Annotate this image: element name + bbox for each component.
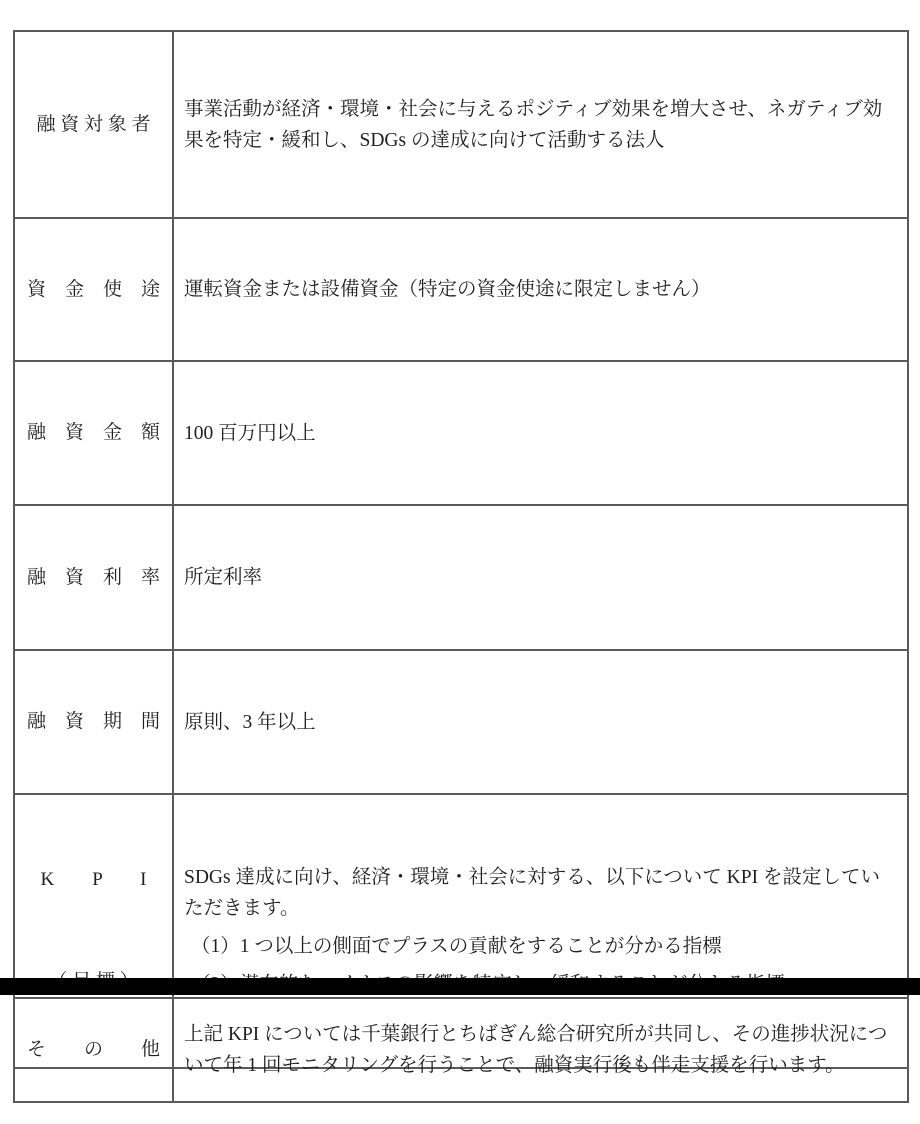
row-value-other: 上記 KPI については千葉銀行とちばぎん総合研究所が共同し、その進捗状況につい… [173, 998, 908, 1102]
table-row-interest-rate: 融 資 利 率 所定利率 [14, 505, 908, 650]
kpi-item-1: （1）1 つ以上の側面でプラスの貢献をすることが分かる指標 [184, 931, 895, 962]
row-value-loan-amount: 100 百万円以上 [173, 361, 908, 505]
redaction-bar [0, 978, 920, 995]
row-label-use-of-funds: 資 金 使 途 [14, 218, 173, 361]
document-page: 融 資 対 象 者 事業活動が経済・環境・社会に与えるポジティブ効果を増大させ、… [0, 0, 920, 1124]
kpi-intro-text: SDGs 達成に向け、経済・環境・社会に対する、以下について KPI を設定して… [184, 862, 895, 924]
row-label-loan-period: 融 資 期 間 [14, 650, 173, 794]
table-row-other: そ の 他 上記 KPI については千葉銀行とちばぎん総合研究所が共同し、その進… [14, 998, 908, 1102]
row-value-loan-period: 原則、3 年以上 [173, 650, 908, 794]
table-row-borrower: 融 資 対 象 者 事業活動が経済・環境・社会に与えるポジティブ効果を増大させ、… [14, 31, 908, 218]
loan-terms-table: 融 資 対 象 者 事業活動が経済・環境・社会に与えるポジティブ効果を増大させ、… [13, 30, 909, 1069]
row-label-loan-amount: 融 資 金 額 [14, 361, 173, 505]
row-label-borrower: 融 資 対 象 者 [14, 31, 173, 218]
table-row-use-of-funds: 資 金 使 途 運転資金または設備資金（特定の資金使途に限定しません） [14, 218, 908, 361]
other-terms-table: そ の 他 上記 KPI については千葉銀行とちばぎん総合研究所が共同し、その進… [13, 997, 909, 1103]
table-row-loan-amount: 融 資 金 額 100 百万円以上 [14, 361, 908, 505]
kpi-label-line1: K P I [17, 863, 170, 897]
row-label-interest-rate: 融 資 利 率 [14, 505, 173, 650]
row-value-interest-rate: 所定利率 [173, 505, 908, 650]
row-value-use-of-funds: 運転資金または設備資金（特定の資金使途に限定しません） [173, 218, 908, 361]
row-value-borrower: 事業活動が経済・環境・社会に与えるポジティブ効果を増大させ、ネガティブ効果を特定… [173, 31, 908, 218]
table-row-loan-period: 融 資 期 間 原則、3 年以上 [14, 650, 908, 794]
row-label-other: そ の 他 [14, 998, 173, 1102]
